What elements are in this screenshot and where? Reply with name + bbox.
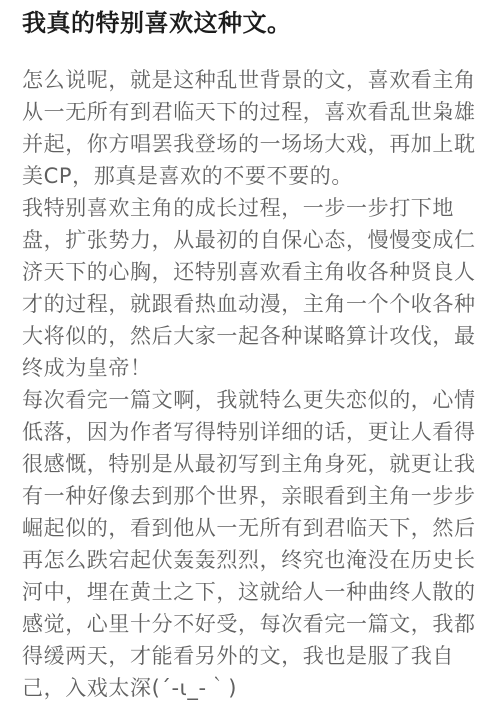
post-paragraph-3: 每次看完一篇文啊，我就特么更失恋似的，心情低落，因为作者写得特别详细的话，更让人… [22, 384, 478, 704]
post-title: 我真的特别喜欢这种文。 [22, 6, 478, 40]
post-body: 怎么说呢，就是这种乱世背景的文，喜欢看主角从一无所有到君临天下的过程，喜欢看乱世… [22, 64, 478, 704]
post-page: 我真的特别喜欢这种文。 怎么说呢，就是这种乱世背景的文，喜欢看主角从一无所有到君… [0, 0, 500, 704]
post-paragraph-2: 我特别喜欢主角的成长过程，一步一步打下地盘，扩张势力，从最初的自保心态，慢慢变成… [22, 192, 478, 384]
post-paragraph-1: 怎么说呢，就是这种乱世背景的文，喜欢看主角从一无所有到君临天下的过程，喜欢看乱世… [22, 64, 478, 192]
